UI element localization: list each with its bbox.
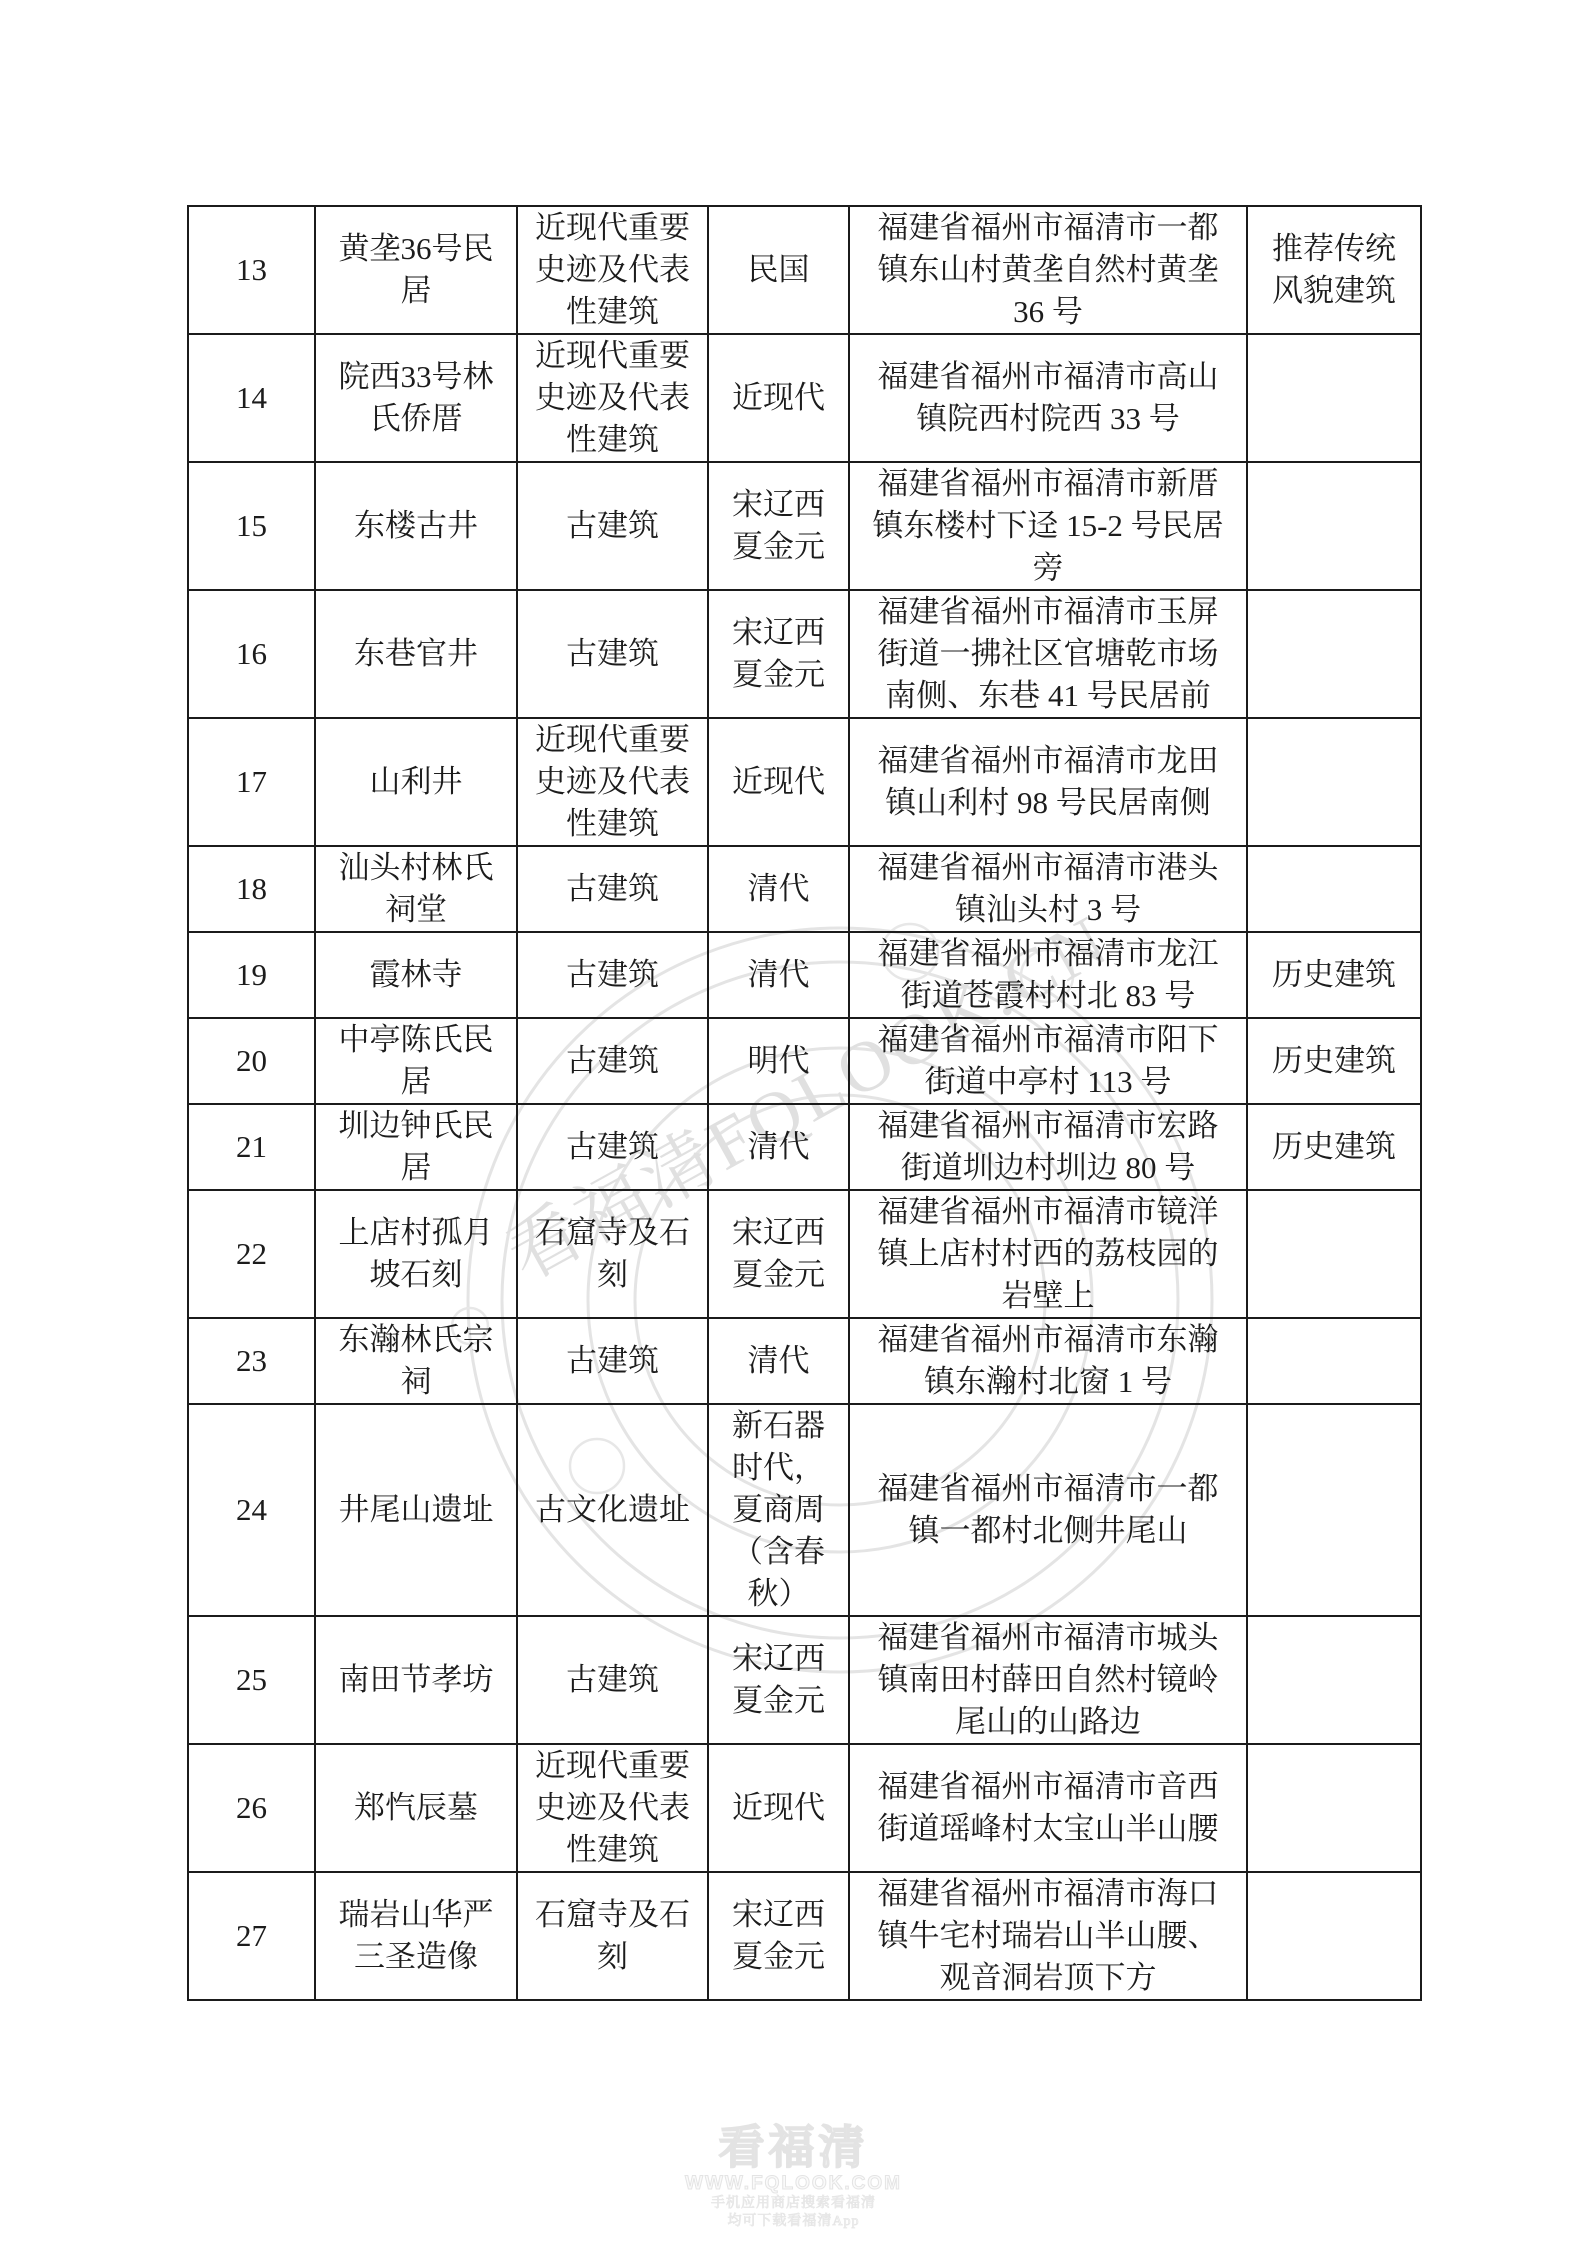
cell-name: 南田节孝坊	[315, 1616, 517, 1744]
cell-number: 22	[188, 1190, 315, 1318]
cell-number: 14	[188, 334, 315, 462]
cell-name: 井尾山遗址	[315, 1404, 517, 1616]
cell-type: 古建筑	[517, 1318, 708, 1404]
cell-address: 福建省福州市福清市一都 镇东山村黄垄自然村黄垄 36 号	[849, 206, 1247, 334]
cell-number: 19	[188, 932, 315, 1018]
heritage-table: 13 黄垄36号民 居 近现代重要 史迹及代表 性建筑 民国 福建省福州市福清市…	[187, 205, 1422, 2001]
cell-type: 近现代重要 史迹及代表 性建筑	[517, 206, 708, 334]
cell-type: 古建筑	[517, 1018, 708, 1104]
cell-type: 近现代重要 史迹及代表 性建筑	[517, 718, 708, 846]
table-row: 27 瑞岩山华严 三圣造像 石窟寺及石 刻 宋辽西 夏金元 福建省福州市福清市海…	[188, 1872, 1421, 2000]
cell-name: 霞林寺	[315, 932, 517, 1018]
cell-name: 瑞岩山华严 三圣造像	[315, 1872, 517, 2000]
cell-name: 山利井	[315, 718, 517, 846]
cell-era: 宋辽西 夏金元	[708, 590, 849, 718]
table-row: 16 东巷官井 古建筑 宋辽西 夏金元 福建省福州市福清市玉屏 街道一拂社区官塘…	[188, 590, 1421, 718]
table-row: 24 井尾山遗址 古文化遗址 新石器 时代， 夏商周 （含春 秋） 福建省福州市…	[188, 1404, 1421, 1616]
cell-type: 古建筑	[517, 462, 708, 590]
cell-remark	[1247, 1616, 1421, 1744]
cell-remark: 历史建筑	[1247, 1104, 1421, 1190]
table-row: 17 山利井 近现代重要 史迹及代表 性建筑 近现代 福建省福州市福清市龙田 镇…	[188, 718, 1421, 846]
cell-address: 福建省福州市福清市港头 镇汕头村 3 号	[849, 846, 1247, 932]
cell-number: 23	[188, 1318, 315, 1404]
cell-name: 东瀚林氏宗 祠	[315, 1318, 517, 1404]
cell-type: 近现代重要 史迹及代表 性建筑	[517, 1744, 708, 1872]
watermark-bottom: 看福清 WWW.FQLOOK.COM 手机应用商店搜索看福清 均可下载看福清Ap…	[0, 2124, 1587, 2230]
cell-number: 25	[188, 1616, 315, 1744]
cell-type: 石窟寺及石 刻	[517, 1872, 708, 2000]
cell-address: 福建省福州市福清市玉屏 街道一拂社区官塘乾市场 南侧、东巷 41 号民居前	[849, 590, 1247, 718]
cell-name: 院西33号林 氏侨厝	[315, 334, 517, 462]
cell-address: 福建省福州市福清市海口 镇牛宅村瑞岩山半山腰、 观音洞岩顶下方	[849, 1872, 1247, 2000]
cell-name: 东巷官井	[315, 590, 517, 718]
cell-name: 圳边钟氏民 居	[315, 1104, 517, 1190]
cell-era: 宋辽西 夏金元	[708, 1872, 849, 2000]
watermark-bottom-title: 看福清	[0, 2124, 1587, 2172]
table-row: 14 院西33号林 氏侨厝 近现代重要 史迹及代表 性建筑 近现代 福建省福州市…	[188, 334, 1421, 462]
cell-number: 20	[188, 1018, 315, 1104]
cell-era: 清代	[708, 846, 849, 932]
cell-type: 古建筑	[517, 1104, 708, 1190]
cell-era: 新石器 时代， 夏商周 （含春 秋）	[708, 1404, 849, 1616]
cell-type: 近现代重要 史迹及代表 性建筑	[517, 334, 708, 462]
cell-address: 福建省福州市福清市城头 镇南田村薛田自然村镜岭 尾山的山路边	[849, 1616, 1247, 1744]
cell-remark: 推荐传统 风貌建筑	[1247, 206, 1421, 334]
cell-name: 郑忾辰墓	[315, 1744, 517, 1872]
cell-era: 近现代	[708, 1744, 849, 1872]
cell-remark	[1247, 1318, 1421, 1404]
table-row: 19 霞林寺 古建筑 清代 福建省福州市福清市龙江 街道苍霞村村北 83 号 历…	[188, 932, 1421, 1018]
cell-address: 福建省福州市福清市新厝 镇东楼村下迳 15-2 号民居 旁	[849, 462, 1247, 590]
cell-type: 古建筑	[517, 846, 708, 932]
cell-era: 近现代	[708, 718, 849, 846]
table-row: 21 圳边钟氏民 居 古建筑 清代 福建省福州市福清市宏路 街道圳边村圳边 80…	[188, 1104, 1421, 1190]
cell-remark	[1247, 590, 1421, 718]
watermark-bottom-line1: 手机应用商店搜索看福清	[0, 2197, 1587, 2212]
cell-address: 福建省福州市福清市镜洋 镇上店村村西的荔枝园的 岩壁上	[849, 1190, 1247, 1318]
watermark-bottom-line2: 均可下载看福清App	[0, 2215, 1587, 2230]
table-row: 20 中亭陈氏民 居 古建筑 明代 福建省福州市福清市阳下 街道中亭村 113 …	[188, 1018, 1421, 1104]
cell-address: 福建省福州市福清市一都 镇一都村北侧井尾山	[849, 1404, 1247, 1616]
cell-type: 古文化遗址	[517, 1404, 708, 1616]
cell-type: 石窟寺及石 刻	[517, 1190, 708, 1318]
cell-era: 清代	[708, 1318, 849, 1404]
cell-era: 宋辽西 夏金元	[708, 462, 849, 590]
cell-number: 26	[188, 1744, 315, 1872]
cell-era: 明代	[708, 1018, 849, 1104]
table-row: 25 南田节孝坊 古建筑 宋辽西 夏金元 福建省福州市福清市城头 镇南田村薛田自…	[188, 1616, 1421, 1744]
cell-type: 古建筑	[517, 1616, 708, 1744]
cell-number: 16	[188, 590, 315, 718]
cell-era: 清代	[708, 1104, 849, 1190]
cell-remark	[1247, 462, 1421, 590]
cell-number: 15	[188, 462, 315, 590]
cell-name: 上店村孤月 坡石刻	[315, 1190, 517, 1318]
cell-name: 汕头村林氏 祠堂	[315, 846, 517, 932]
cell-type: 古建筑	[517, 932, 708, 1018]
cell-era: 宋辽西 夏金元	[708, 1190, 849, 1318]
cell-number: 17	[188, 718, 315, 846]
cell-era: 民国	[708, 206, 849, 334]
cell-number: 18	[188, 846, 315, 932]
cell-address: 福建省福州市福清市东瀚 镇东瀚村北窗 1 号	[849, 1318, 1247, 1404]
cell-address: 福建省福州市福清市高山 镇院西村院西 33 号	[849, 334, 1247, 462]
cell-era: 宋辽西 夏金元	[708, 1616, 849, 1744]
cell-remark	[1247, 718, 1421, 846]
cell-number: 13	[188, 206, 315, 334]
cell-remark	[1247, 1190, 1421, 1318]
cell-era: 清代	[708, 932, 849, 1018]
cell-name: 中亭陈氏民 居	[315, 1018, 517, 1104]
watermark-bottom-url: WWW.FQLOOK.COM	[0, 2174, 1587, 2194]
cell-address: 福建省福州市福清市阳下 街道中亭村 113 号	[849, 1018, 1247, 1104]
cell-number: 27	[188, 1872, 315, 2000]
heritage-table-body: 13 黄垄36号民 居 近现代重要 史迹及代表 性建筑 民国 福建省福州市福清市…	[188, 206, 1421, 2000]
cell-name: 黄垄36号民 居	[315, 206, 517, 334]
table-row: 18 汕头村林氏 祠堂 古建筑 清代 福建省福州市福清市港头 镇汕头村 3 号	[188, 846, 1421, 932]
cell-era: 近现代	[708, 334, 849, 462]
cell-type: 古建筑	[517, 590, 708, 718]
table-row: 15 东楼古井 古建筑 宋辽西 夏金元 福建省福州市福清市新厝 镇东楼村下迳 1…	[188, 462, 1421, 590]
table-row: 26 郑忾辰墓 近现代重要 史迹及代表 性建筑 近现代 福建省福州市福清市音西 …	[188, 1744, 1421, 1872]
cell-name: 东楼古井	[315, 462, 517, 590]
cell-remark: 历史建筑	[1247, 932, 1421, 1018]
cell-remark	[1247, 334, 1421, 462]
cell-address: 福建省福州市福清市龙田 镇山利村 98 号民居南侧	[849, 718, 1247, 846]
document-page: 看福清FQLOOK.CN 13 黄垄36号民 居 近现代重要 史迹及代表 性建筑…	[0, 0, 1587, 2245]
cell-number: 21	[188, 1104, 315, 1190]
cell-remark	[1247, 1744, 1421, 1872]
table-row: 13 黄垄36号民 居 近现代重要 史迹及代表 性建筑 民国 福建省福州市福清市…	[188, 206, 1421, 334]
table-row: 22 上店村孤月 坡石刻 石窟寺及石 刻 宋辽西 夏金元 福建省福州市福清市镜洋…	[188, 1190, 1421, 1318]
cell-address: 福建省福州市福清市音西 街道瑶峰村太宝山半山腰	[849, 1744, 1247, 1872]
table-row: 23 东瀚林氏宗 祠 古建筑 清代 福建省福州市福清市东瀚 镇东瀚村北窗 1 号	[188, 1318, 1421, 1404]
cell-number: 24	[188, 1404, 315, 1616]
cell-address: 福建省福州市福清市龙江 街道苍霞村村北 83 号	[849, 932, 1247, 1018]
cell-remark	[1247, 846, 1421, 932]
cell-remark	[1247, 1872, 1421, 2000]
cell-remark: 历史建筑	[1247, 1018, 1421, 1104]
cell-address: 福建省福州市福清市宏路 街道圳边村圳边 80 号	[849, 1104, 1247, 1190]
cell-remark	[1247, 1404, 1421, 1616]
